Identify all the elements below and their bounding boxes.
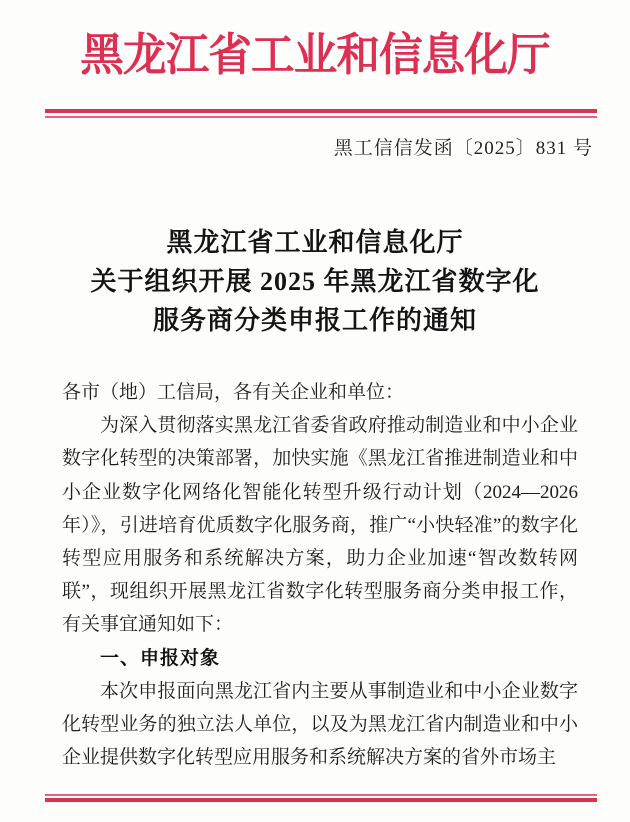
letterhead-title: 黑龙江省工业和信息化厅 (9, 18, 620, 83)
notice-title-line-2: 关于组织开展 2025 年黑龙江省数字化 (0, 262, 630, 301)
salutation-line: 各市（地）工信局，各有关企业和单位： (62, 376, 578, 409)
document-reference-number: 黑工信信发函〔2025〕831 号 (334, 133, 593, 160)
official-document-page: 黑龙江省工业和信息化厅 黑工信信发函〔2025〕831 号 黑龙江省工业和信息化… (0, 0, 630, 822)
section-1-heading: 一、申报对象 (62, 642, 578, 675)
notice-title-line-3: 服务商分类申报工作的通知 (0, 301, 630, 340)
header-divider (45, 109, 597, 118)
header-divider-thin-line (45, 116, 597, 118)
footer-divider (45, 794, 597, 802)
notice-title-line-1: 黑龙江省工业和信息化厅 (0, 223, 630, 262)
intro-paragraph: 为深入贯彻落实黑龙江省委省政府推动制造业和中小企业数字化转型的决策部署，加快实施… (62, 409, 578, 641)
footer-divider-thick-line (45, 798, 597, 802)
document-body: 各市（地）工信局，各有关企业和单位： 为深入贯彻落实黑龙江省委省政府推动制造业和… (62, 376, 578, 774)
notice-title: 黑龙江省工业和信息化厅 关于组织开展 2025 年黑龙江省数字化 服务商分类申报… (0, 223, 630, 340)
section-1-paragraph: 本次申报面向黑龙江省内主要从事制造业和中小企业数字化转型业务的独立法人单位，以及… (62, 675, 578, 775)
